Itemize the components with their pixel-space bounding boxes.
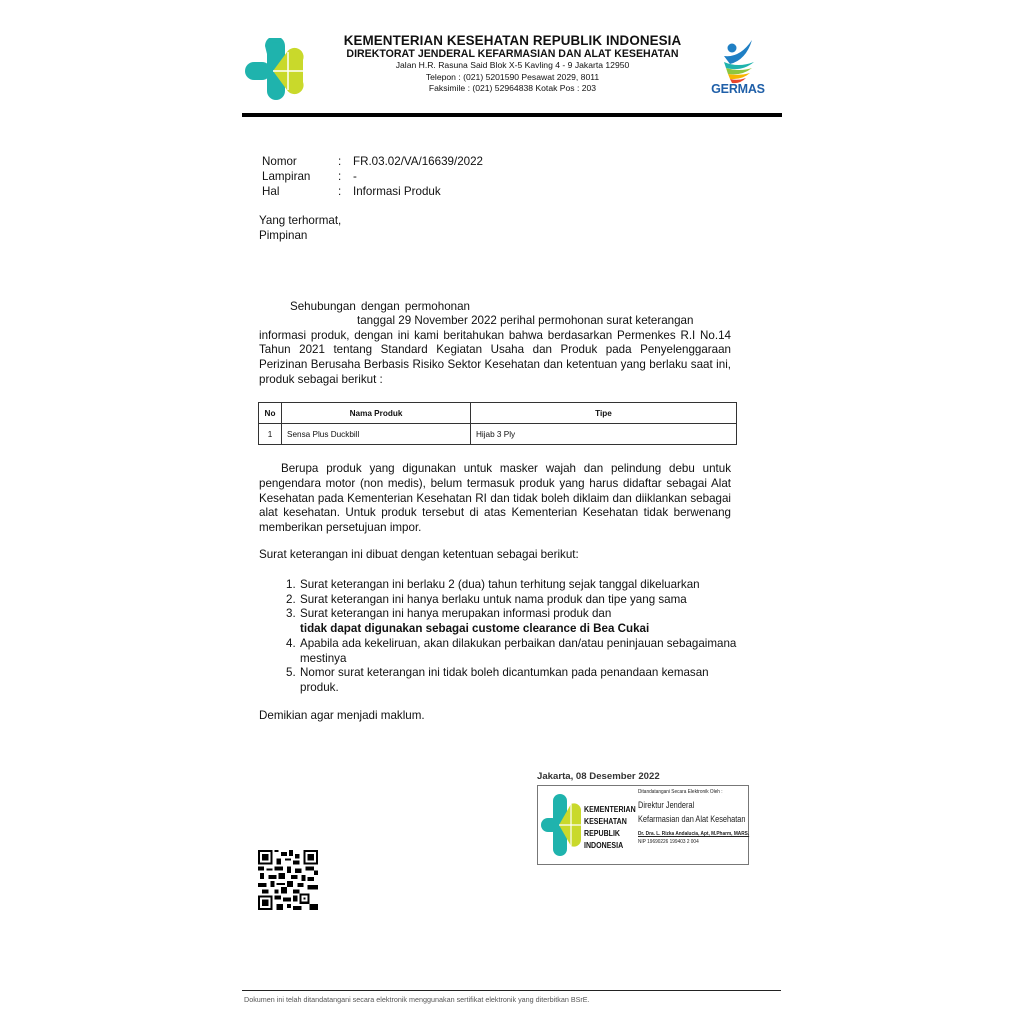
signatory-position-1: Direktur Jenderal (638, 798, 730, 812)
directorate-name: DIREKTORAT JENDERAL KEFARMASIAN DAN ALAT… (320, 48, 705, 60)
footer-note: Dokumen ini telah ditandatangani secara … (244, 995, 590, 1004)
ministry-name: KEMENTERIAN KESEHATAN REPUBLIK INDONESIA (320, 33, 705, 48)
attachment-value: - (353, 170, 357, 185)
office-address: Jalan H.R. Rasuna Said Blok X-5 Kavling … (320, 60, 705, 72)
product-table: No Nama Produk Tipe 1 Sensa Plus Duckbil… (258, 402, 737, 445)
signed-by-label: Ditandatangani Secara Elektronik Oleh : (638, 788, 733, 796)
list-item: 4. Apabila ada kekeliruan, akan dilakuka… (286, 637, 741, 666)
footer-divider (242, 990, 781, 991)
signature-org-name: KEMENTERIAN KESEHATAN REPUBLIK INDONESIA (584, 803, 636, 851)
product-type: Hijab 3 Ply (471, 424, 737, 445)
conditions-list: 1. Surat keterangan ini berlaku 2 (dua) … (286, 578, 741, 696)
list-item: 2. Surat keterangan ini hanya berlaku un… (286, 593, 741, 608)
conditions-intro: Surat keterangan ini dibuat dengan keten… (259, 548, 579, 563)
table-header-row: No Nama Produk Tipe (259, 403, 737, 424)
list-item: 5. Nomor surat keterangan ini tidak bole… (286, 666, 741, 695)
signatory-position-2: Kefarmasian dan Alat Kesehatan (638, 812, 730, 826)
subject-value: Informasi Produk (353, 185, 441, 200)
office-phone: Telepon : (021) 5201590 Pesawat 2029, 80… (320, 72, 705, 84)
product-name: Sensa Plus Duckbill (282, 424, 471, 445)
qr-code-icon (258, 850, 318, 910)
closing-line: Demikian agar menjadi maklum. (259, 709, 425, 724)
recipient: Pimpinan (259, 229, 341, 244)
meta-row-nomor: Nomor : FR.03.02/VA/16639/2022 (262, 155, 483, 170)
office-fax: Faksimile : (021) 52964838 Kotak Pos : 2… (320, 83, 705, 95)
letterhead: KEMENTERIAN KESEHATAN REPUBLIK INDONESIA… (320, 33, 705, 95)
product-status-paragraph: Berupa produk yang digunakan untuk maske… (259, 462, 731, 536)
list-item: 3. Surat keterangan ini hanya merupakan … (286, 607, 741, 636)
letter-number: FR.03.02/VA/16639/2022 (353, 155, 483, 170)
letter-meta: Nomor : FR.03.02/VA/16639/2022 Lampiran … (262, 155, 483, 199)
signatory-name: Dr. Dra. L. Rizka Andalucia, Apt, M.Phar… (638, 830, 733, 838)
place-date: Jakarta, 08 Desember 2022 (537, 771, 660, 782)
signatory-nip: NIP 19690226 199403 2 004 (638, 838, 733, 846)
meta-row-hal: Hal : Informasi Produk (262, 185, 483, 200)
header-divider (242, 113, 782, 117)
kemenkes-signature-logo-icon (541, 792, 581, 858)
list-item: 1. Surat keterangan ini berlaku 2 (dua) … (286, 578, 741, 593)
intro-paragraph: tanggal 29 November 2022 perihal permoho… (259, 314, 731, 388)
germas-text: GERMAS (706, 82, 770, 96)
customs-warning: tidak dapat digunakan sebagai custome cl… (300, 622, 649, 637)
intro-line: Sehubungan dengan permohonan (290, 300, 470, 315)
signatory-info: Ditandatangani Secara Elektronik Oleh : … (638, 788, 750, 846)
addressee: Yang terhormat, Pimpinan (259, 214, 341, 244)
table-row: 1 Sensa Plus Duckbill Hijab 3 Ply (259, 424, 737, 445)
meta-row-lampiran: Lampiran : - (262, 170, 483, 185)
salutation: Yang terhormat, (259, 214, 341, 229)
kemenkes-logo-icon (243, 38, 305, 104)
